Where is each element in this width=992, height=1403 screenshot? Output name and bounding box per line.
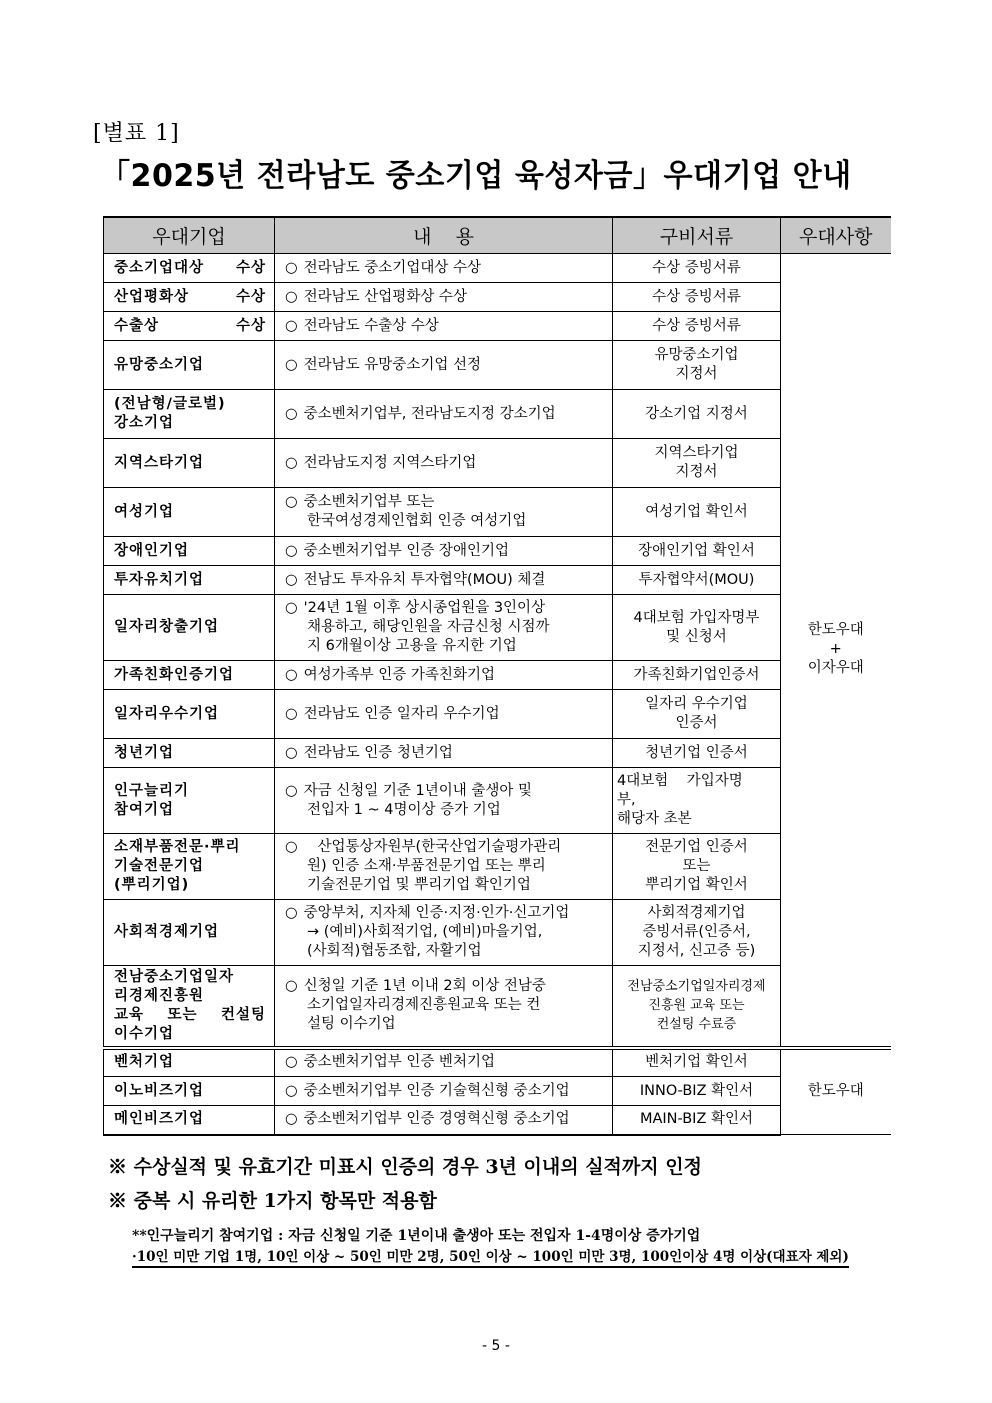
content-cell: ○전라남도지정 지역스타기업 [275, 439, 613, 488]
category-label: (전남형/글로벌) [114, 395, 266, 414]
content-text: 전남도 투자유치 투자협약(MOU) 체결 [304, 572, 546, 588]
category-cell: 소재부품전문·뿌리기술전문기업(뿌리기업) [104, 834, 275, 900]
document-text: 투자협약서(MOU) [617, 571, 776, 590]
table-row: 메인비즈기업○중소벤처기업부 인증 경영혁신형 중소기업MAIN-BIZ 확인서 [104, 1106, 891, 1135]
content-text: 지 6개월이상 고용을 유지한 기업 [285, 637, 608, 656]
documents-cell: 여성기업 확인서 [613, 488, 781, 537]
category-cell: 중소기업대상 수상 [104, 254, 275, 283]
content-text: 중소벤처기업부 인증 장애인기업 [304, 543, 509, 559]
circle-bullet-icon: ○ [285, 1082, 298, 1101]
category-cell: 가족친화인증기업 [104, 661, 275, 690]
subnote-1: **인구늘리기 참여기업 : 자금 신청일 기준 1년이내 출생아 또는 전입자… [132, 1226, 849, 1247]
documents-cell: 청년기업 인증서 [613, 739, 781, 768]
documents-cell: INNO-BIZ 확인서 [613, 1077, 781, 1106]
document-text: 부, [617, 791, 776, 810]
content-cell: ○신청일 기준 1년 이내 2회 이상 전남중소기업일자리경제진흥원교육 또는 … [275, 966, 613, 1048]
table-row: 유망중소기업○전라남도 유망중소기업 선정유망중소기업지정서 [104, 341, 891, 390]
document-text: 전문기업 인증서 [617, 838, 776, 857]
category-cell: 수출상 수상 [104, 312, 275, 341]
document-text: 벤처기업 확인서 [617, 1053, 776, 1072]
circle-bullet-icon: ○ [285, 904, 298, 923]
table-body: 중소기업대상 수상○전라남도 중소기업대상 수상수상 증빙서류한도우대+이자우대… [104, 254, 891, 1135]
document-text: 가족친화기업인증서 [617, 666, 776, 685]
category-label: 교육 또는 컨설팅 [114, 1006, 266, 1025]
document-text: 청년기업 인증서 [617, 744, 776, 763]
documents-cell: 전문기업 인증서또는뿌리기업 확인서 [613, 834, 781, 900]
subnote-2: ·10인 미만 기업 1명, 10인 이상 ~ 50인 미만 2명, 50인 이… [132, 1249, 849, 1268]
category-label: 장애인기업 [114, 542, 266, 561]
table-row: 일자리우수기업○전라남도 인증 일자리 우수기업일자리 우수기업인증서 [104, 690, 891, 739]
content-text: 여성가족부 인증 가족친화기업 [304, 667, 495, 683]
category-label: 이수기업 [114, 1025, 266, 1044]
content-text: 전라남도지정 지역스타기업 [304, 455, 477, 471]
document-text: 유망중소기업 [617, 346, 776, 365]
content-text: 중앙부처, 지자체 인증·지정·인가·신고기업 [304, 905, 570, 921]
table-row: 일자리창출기업○'24년 1월 이후 상시종업원을 3인이상채용하고, 해당인원… [104, 595, 891, 661]
circle-bullet-icon: ○ [285, 977, 298, 996]
content-text: (사회적)협동조합, 자활기업 [285, 942, 608, 961]
category-label: 지역스타기업 [114, 454, 266, 473]
document-text: 사회적경제기업 [617, 904, 776, 923]
category-label: 인구늘리기 [114, 782, 266, 801]
circle-bullet-icon: ○ [285, 705, 298, 724]
content-text: 자금 신청일 기준 1년이내 출생아 및 [304, 783, 532, 799]
category-label: 중소기업대상 수상 [114, 259, 266, 278]
benefit-cell-limit: 한도우대 [781, 1048, 891, 1135]
category-cell: 벤처기업 [104, 1048, 275, 1077]
document-text: 수상 증빙서류 [617, 288, 776, 307]
document-text: 지역스타기업 [617, 444, 776, 463]
circle-bullet-icon: ○ [285, 744, 298, 763]
document-text: MAIN-BIZ 확인서 [617, 1110, 776, 1129]
content-text: 중소벤처기업부 인증 기술혁신형 중소기업 [304, 1083, 570, 1099]
content-text: 중소벤처기업부 또는 [304, 494, 435, 510]
content-text: 설팅 이수기업 [285, 1015, 608, 1034]
page-number: - 5 - [0, 1338, 992, 1354]
content-text: 중소벤처기업부 인증 경영혁신형 중소기업 [304, 1111, 570, 1127]
content-cell: ○중소벤처기업부 인증 장애인기업 [275, 537, 613, 566]
category-label: 수출상 수상 [114, 317, 266, 336]
content-cell: ○전라남도 수출상 수상 [275, 312, 613, 341]
content-cell: ○전라남도 중소기업대상 수상 [275, 254, 613, 283]
content-text: 소기업일자리경제진흥원교육 또는 컨 [285, 996, 608, 1015]
document-text: 진흥원 교육 또는 [617, 996, 776, 1015]
category-label: 일자리창출기업 [114, 618, 266, 637]
document-text: 지정서 [617, 365, 776, 384]
documents-cell: 강소기업 지정서 [613, 390, 781, 439]
circle-bullet-icon: ○ [285, 571, 298, 590]
category-cell: 메인비즈기업 [104, 1106, 275, 1135]
content-text: 채용하고, 해당인원을 자금신청 시점까 [285, 618, 608, 637]
content-cell: ○전라남도 산업평화상 수상 [275, 283, 613, 312]
circle-bullet-icon: ○ [285, 1110, 298, 1129]
category-label: 산업평화상 수상 [114, 288, 266, 307]
document-text: 해당자 초본 [617, 810, 776, 829]
table-row: 중소기업대상 수상○전라남도 중소기업대상 수상수상 증빙서류한도우대+이자우대 [104, 254, 891, 283]
circle-bullet-icon: ○ [285, 405, 298, 424]
document-text: 강소기업 지정서 [617, 405, 776, 424]
category-label: 청년기업 [114, 744, 266, 763]
document-text: 및 신청서 [617, 628, 776, 647]
documents-cell: 수상 증빙서류 [613, 283, 781, 312]
content-cell: ○전라남도 인증 청년기업 [275, 739, 613, 768]
circle-bullet-icon: ○ [285, 838, 298, 857]
category-label: 일자리우수기업 [114, 705, 266, 724]
benefit-text: + [785, 640, 887, 659]
category-cell: 인구늘리기참여기업 [104, 768, 275, 834]
category-label: 전남중소기업일자 [114, 968, 266, 987]
document-text: 또는 [617, 857, 776, 876]
circle-bullet-icon: ○ [285, 454, 298, 473]
document-text: INNO-BIZ 확인서 [617, 1082, 776, 1101]
document-text: 일자리 우수기업 [617, 695, 776, 714]
table-row: 가족친화인증기업○여성가족부 인증 가족친화기업가족친화기업인증서 [104, 661, 891, 690]
content-text: 전라남도 유망중소기업 선정 [304, 357, 481, 373]
category-label: 메인비즈기업 [114, 1110, 266, 1129]
category-cell: 유망중소기업 [104, 341, 275, 390]
content-cell: ○전라남도 인증 일자리 우수기업 [275, 690, 613, 739]
document-text: 장애인기업 확인서 [617, 542, 776, 561]
content-text: 기술전문기업 및 뿌리기업 확인기업 [285, 876, 608, 895]
content-text: 원) 인증 소재·부품전문기업 또는 뿌리 [285, 857, 608, 876]
content-cell: ○여성가족부 인증 가족친화기업 [275, 661, 613, 690]
category-cell: 이노비즈기업 [104, 1077, 275, 1106]
content-cell: ○중소벤처기업부 인증 경영혁신형 중소기업 [275, 1106, 613, 1135]
content-text: → (예비)사회적기업, (예비)마을기업, [285, 923, 608, 942]
circle-bullet-icon: ○ [285, 317, 298, 336]
documents-cell: 장애인기업 확인서 [613, 537, 781, 566]
table-row: 산업평화상 수상○전라남도 산업평화상 수상수상 증빙서류 [104, 283, 891, 312]
content-cell: ○중소벤처기업부, 전라남도지정 강소기업 [275, 390, 613, 439]
document-text: 수상 증빙서류 [617, 259, 776, 278]
category-cell: (전남형/글로벌)강소기업 [104, 390, 275, 439]
note-2: ※ 중복 시 유리한 1가지 항목만 적용함 [108, 1184, 702, 1218]
document-text: 여성기업 확인서 [617, 503, 776, 522]
category-cell: 전남중소기업일자리경제진흥원교육 또는 컨설팅이수기업 [104, 966, 275, 1048]
content-text: 신청일 기준 1년 이내 2회 이상 전남중 [304, 978, 546, 994]
category-label: 가족친화인증기업 [114, 666, 266, 685]
content-cell: ○자금 신청일 기준 1년이내 출생아 및전입자 1 ~ 4명이상 증가 기업 [275, 768, 613, 834]
table-row: 청년기업○전라남도 인증 청년기업청년기업 인증서 [104, 739, 891, 768]
documents-cell: 투자협약서(MOU) [613, 566, 781, 595]
document-text: 인증서 [617, 714, 776, 733]
benefit-text: 한도우대 [785, 621, 887, 640]
category-label: 참여기업 [114, 801, 266, 820]
content-text: 한국여성경제인협회 인증 여성기업 [285, 512, 608, 531]
circle-bullet-icon: ○ [285, 288, 298, 307]
table-row: (전남형/글로벌)강소기업○중소벤처기업부, 전라남도지정 강소기업강소기업 지… [104, 390, 891, 439]
table-row: 지역스타기업○전라남도지정 지역스타기업지역스타기업지정서 [104, 439, 891, 488]
circle-bullet-icon: ○ [285, 782, 298, 801]
category-cell: 일자리창출기업 [104, 595, 275, 661]
content-cell: ○전남도 투자유치 투자협약(MOU) 체결 [275, 566, 613, 595]
table-header-row: 우대기업 내 용 구비서류 우대사항 [104, 217, 891, 254]
circle-bullet-icon: ○ [285, 542, 298, 561]
document-text: 뿌리기업 확인서 [617, 876, 776, 895]
category-cell: 일자리우수기업 [104, 690, 275, 739]
column-header-benefit: 우대사항 [781, 217, 891, 254]
category-label: 소재부품전문·뿌리 [114, 838, 266, 857]
content-cell: ○중앙부처, 지자체 인증·지정·인가·신고기업→ (예비)사회적기업, (예비… [275, 900, 613, 966]
document-text: 수상 증빙서류 [617, 317, 776, 336]
note-1: ※ 수상실적 및 유효기간 미표시 인증의 경우 3년 이내의 실적까지 인정 [108, 1150, 702, 1184]
column-header-documents: 구비서류 [613, 217, 781, 254]
content-cell: ○중소벤처기업부 인증 기술혁신형 중소기업 [275, 1077, 613, 1106]
document-text: 컨설팅 수료증 [617, 1015, 776, 1034]
circle-bullet-icon: ○ [285, 1053, 298, 1072]
content-cell: ○중소벤처기업부 또는한국여성경제인협회 인증 여성기업 [275, 488, 613, 537]
category-cell: 청년기업 [104, 739, 275, 768]
content-text: 전라남도 인증 일자리 우수기업 [304, 706, 500, 722]
table-row: 이노비즈기업○중소벤처기업부 인증 기술혁신형 중소기업INNO-BIZ 확인서 [104, 1077, 891, 1106]
documents-cell: 전남중소기업일자리경제진흥원 교육 또는컨설팅 수료증 [613, 966, 781, 1048]
category-label: 강소기업 [114, 414, 266, 433]
content-cell: ○전라남도 유망중소기업 선정 [275, 341, 613, 390]
documents-cell: MAIN-BIZ 확인서 [613, 1106, 781, 1135]
category-cell: 산업평화상 수상 [104, 283, 275, 312]
table-row: 여성기업○중소벤처기업부 또는한국여성경제인협회 인증 여성기업여성기업 확인서 [104, 488, 891, 537]
content-text: 중소벤처기업부, 전라남도지정 강소기업 [304, 406, 556, 422]
notes: ※ 수상실적 및 유효기간 미표시 인증의 경우 3년 이내의 실적까지 인정 … [108, 1150, 702, 1218]
document-text: 4대보험 가입자명부 [617, 609, 776, 628]
category-label: 리경제진흥원 [114, 987, 266, 1006]
benefit-cell-limit-and-interest: 한도우대+이자우대 [781, 254, 891, 1048]
circle-bullet-icon: ○ [285, 666, 298, 685]
documents-cell: 지역스타기업지정서 [613, 439, 781, 488]
documents-cell: 수상 증빙서류 [613, 312, 781, 341]
content-text: 전입자 1 ~ 4명이상 증가 기업 [285, 801, 608, 820]
category-cell: 사회적경제기업 [104, 900, 275, 966]
content-text: 전라남도 산업평화상 수상 [304, 289, 467, 305]
column-header-category: 우대기업 [104, 217, 275, 254]
table-row: 장애인기업○중소벤처기업부 인증 장애인기업장애인기업 확인서 [104, 537, 891, 566]
document-text: 지정서 [617, 463, 776, 482]
documents-cell: 4대보험 가입자명부및 신청서 [613, 595, 781, 661]
page-title: 「2025년 전라남도 중소기업 육성자금」우대기업 안내 [100, 150, 852, 195]
content-cell: ○중소벤처기업부 인증 벤처기업 [275, 1048, 613, 1077]
document-text: 4대보험 가입자명 [617, 772, 776, 791]
table-row: 소재부품전문·뿌리기술전문기업(뿌리기업)○ 산업통상자원부(한국산업기술평가관… [104, 834, 891, 900]
documents-cell: 사회적경제기업증빙서류(인증서,지정서, 신고증 등) [613, 900, 781, 966]
category-cell: 여성기업 [104, 488, 275, 537]
circle-bullet-icon: ○ [285, 356, 298, 375]
category-label: (뿌리기업) [114, 876, 266, 895]
circle-bullet-icon: ○ [285, 259, 298, 278]
category-label: 유망중소기업 [114, 356, 266, 375]
documents-cell: 가족친화기업인증서 [613, 661, 781, 690]
table-row: 전남중소기업일자리경제진흥원교육 또는 컨설팅이수기업○신청일 기준 1년 이내… [104, 966, 891, 1048]
category-label: 사회적경제기업 [114, 923, 266, 942]
category-label: 여성기업 [114, 503, 266, 522]
content-cell: ○'24년 1월 이후 상시종업원을 3인이상채용하고, 해당인원을 자금신청 … [275, 595, 613, 661]
category-cell: 장애인기업 [104, 537, 275, 566]
document-text: 전남중소기업일자리경제 [617, 977, 776, 996]
benefit-text: 이자우대 [785, 659, 887, 678]
content-text: 산업통상자원부(한국산업기술평가관리 [304, 839, 562, 855]
content-cell: ○ 산업통상자원부(한국산업기술평가관리원) 인증 소재·부품전문기업 또는 뿌… [275, 834, 613, 900]
documents-cell: 유망중소기업지정서 [613, 341, 781, 390]
table-row: 수출상 수상○전라남도 수출상 수상수상 증빙서류 [104, 312, 891, 341]
content-text: '24년 1월 이후 상시종업원을 3인이상 [304, 600, 545, 616]
content-text: 전라남도 중소기업대상 수상 [304, 260, 481, 276]
category-label: 투자유치기업 [114, 571, 266, 590]
documents-cell: 수상 증빙서류 [613, 254, 781, 283]
content-text: 전라남도 수출상 수상 [304, 318, 439, 334]
column-header-content: 내 용 [275, 217, 613, 254]
category-label: 벤처기업 [114, 1053, 266, 1072]
appendix-label: [별표 1] [93, 116, 180, 147]
benefit-text: 한도우대 [785, 1082, 887, 1101]
subnotes: **인구늘리기 참여기업 : 자금 신청일 기준 1년이내 출생아 또는 전입자… [132, 1226, 849, 1268]
circle-bullet-icon: ○ [285, 599, 298, 618]
preferential-companies-table: 우대기업 내 용 구비서류 우대사항 중소기업대상 수상○전라남도 중소기업대상… [103, 216, 891, 1136]
content-text: 전라남도 인증 청년기업 [304, 745, 453, 761]
table-row: 사회적경제기업○중앙부처, 지자체 인증·지정·인가·신고기업→ (예비)사회적… [104, 900, 891, 966]
table-row: 벤처기업○중소벤처기업부 인증 벤처기업벤처기업 확인서한도우대 [104, 1048, 891, 1077]
documents-cell: 벤처기업 확인서 [613, 1048, 781, 1077]
category-cell: 투자유치기업 [104, 566, 275, 595]
category-label: 기술전문기업 [114, 857, 266, 876]
table-row: 투자유치기업○전남도 투자유치 투자협약(MOU) 체결투자협약서(MOU) [104, 566, 891, 595]
category-label: 이노비즈기업 [114, 1082, 266, 1101]
documents-cell: 일자리 우수기업인증서 [613, 690, 781, 739]
document-text: 증빙서류(인증서, [617, 923, 776, 942]
document-text: 지정서, 신고증 등) [617, 942, 776, 961]
documents-cell: 4대보험 가입자명부,해당자 초본 [613, 768, 781, 834]
table-row: 인구늘리기참여기업○자금 신청일 기준 1년이내 출생아 및전입자 1 ~ 4명… [104, 768, 891, 834]
circle-bullet-icon: ○ [285, 493, 298, 512]
category-cell: 지역스타기업 [104, 439, 275, 488]
content-text: 중소벤처기업부 인증 벤처기업 [304, 1054, 495, 1070]
